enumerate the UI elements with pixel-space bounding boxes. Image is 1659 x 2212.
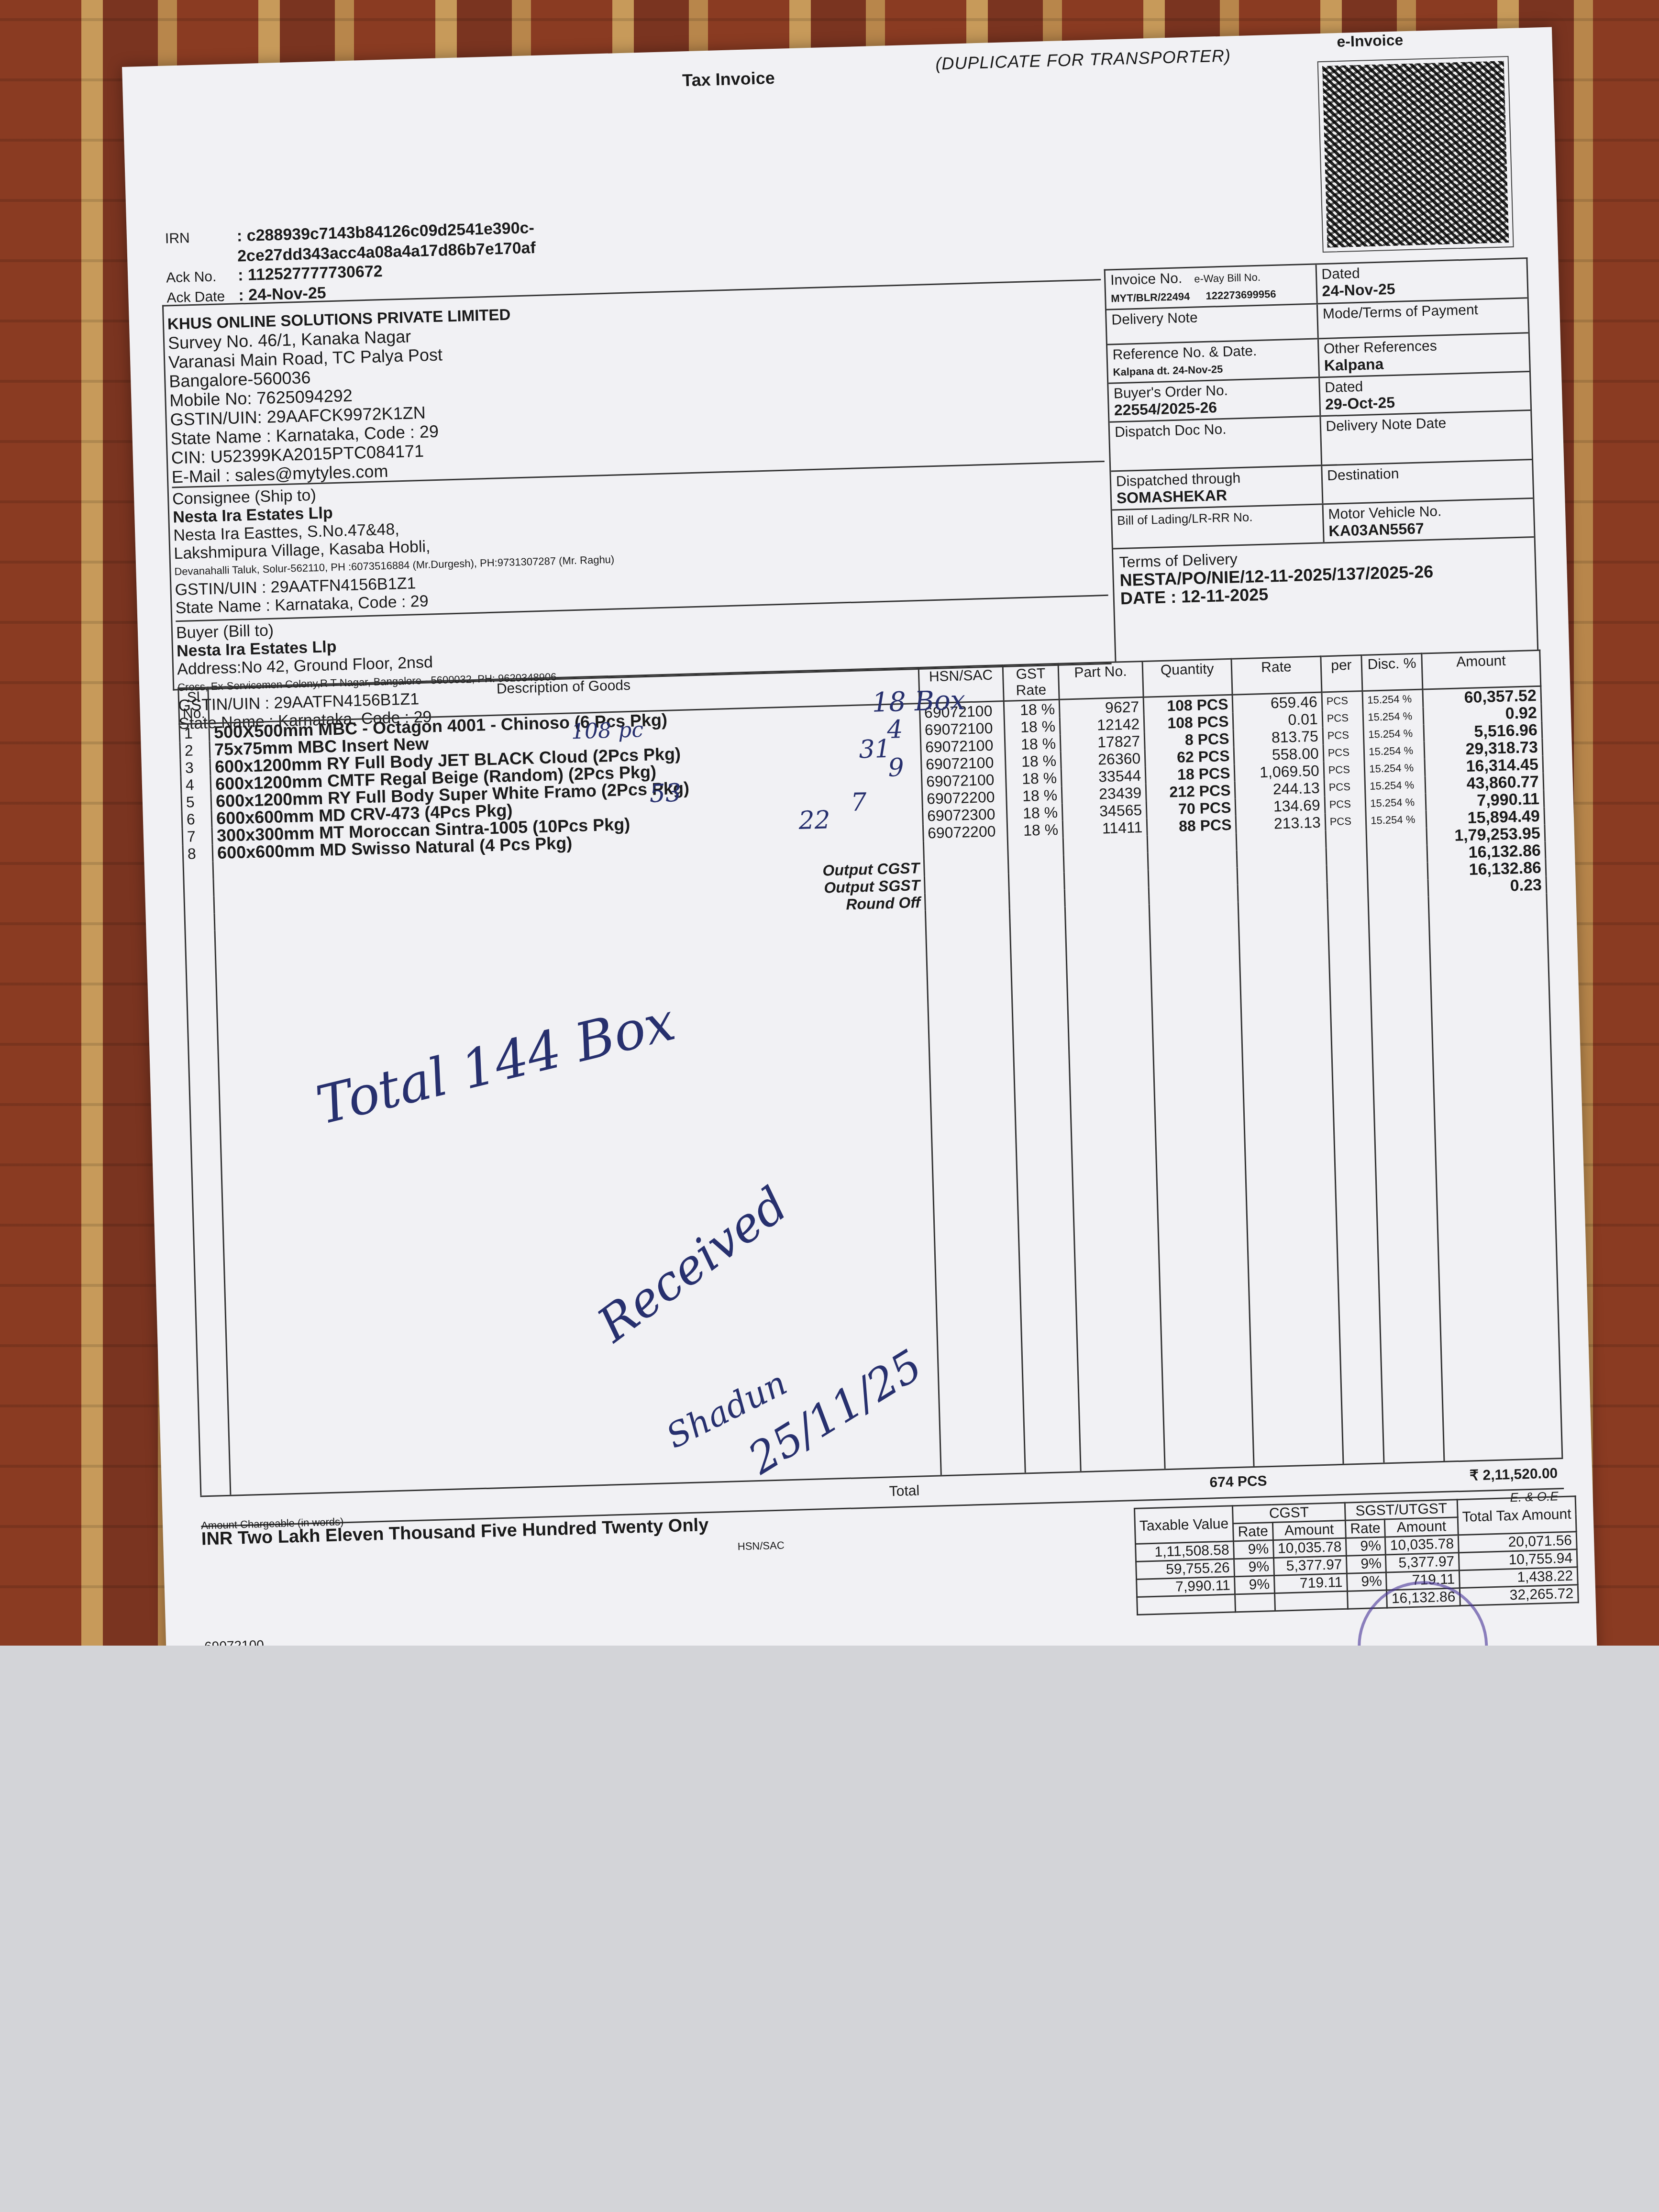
tax-cell-cgst_amt: 10,035.78	[1273, 1538, 1346, 1558]
handwritten-note: 9	[888, 753, 905, 783]
col-sgst-rate: Rate	[1345, 1519, 1385, 1538]
cell-gst: 18 %	[1006, 804, 1062, 822]
col-cgst-rate: Rate	[1233, 1523, 1273, 1541]
tax-cell-sgst_rate: 9%	[1346, 1537, 1385, 1556]
col-sl: Sl No.	[178, 687, 209, 724]
cell-part: 11411	[1062, 818, 1147, 838]
cell-rate: 244.13	[1235, 779, 1324, 798]
consignee-block: Consignee (Ship to) Nesta Ira Estates Ll…	[172, 461, 1108, 617]
cell-disc: 15.254 %	[1365, 794, 1426, 813]
col-per: per	[1321, 655, 1363, 692]
cell-gst: 18 %	[1006, 786, 1062, 805]
cell-qty: 18 PCS	[1145, 764, 1235, 784]
payment-terms-label: Mode/Terms of Payment	[1316, 299, 1528, 338]
tax-cell-sgst_amt: 10,035.78	[1385, 1535, 1459, 1555]
reference-label: Reference No. & Date.	[1112, 343, 1257, 363]
tax-cell-cgst_rate: 9%	[1235, 1575, 1274, 1594]
destination-label: Destination	[1321, 460, 1533, 503]
cell-rate: 813.75	[1233, 727, 1323, 747]
reference-value: Kalpana dt. 24-Nov-25	[1113, 363, 1223, 378]
delivery-note-label: Delivery Note	[1106, 304, 1317, 343]
handwritten-note: 18 Box	[872, 685, 966, 718]
seller-block: KHUS ONLINE SOLUTIONS PRIVATE LIMITED Su…	[167, 288, 1104, 487]
handwritten-note: 7	[851, 788, 867, 817]
col-gst: GST Rate	[1003, 664, 1059, 701]
cell-disc: 15.254 %	[1366, 810, 1427, 829]
cell-qty: 8 PCS	[1144, 730, 1234, 750]
cell-hsn: 69072100	[920, 736, 1005, 756]
motor-vehicle-value: KA03AN5567	[1328, 520, 1424, 540]
dispatched-through-value: SOMASHEKAR	[1116, 487, 1227, 507]
cell-part: 26360	[1061, 750, 1145, 769]
cell-per: PCS	[1325, 795, 1366, 813]
cell-rate: 134.69	[1235, 796, 1325, 816]
cell-hsn: 69072200	[922, 788, 1006, 807]
ack-no-value: : 112527777730672	[238, 262, 383, 284]
cell-rate: 1,069.50	[1234, 762, 1324, 781]
buyer-order-value: 22554/2025-26	[1114, 398, 1217, 419]
invoice-no-label: Invoice No.	[1110, 270, 1183, 288]
handwritten-note: 22	[798, 806, 831, 835]
qr-code-icon	[1318, 57, 1513, 252]
document-title: Tax Invoice	[682, 68, 775, 90]
cell-gst: 18 %	[1005, 752, 1061, 771]
cell-rate: 659.46	[1232, 692, 1322, 713]
tax-cell-cgst_rate: 9%	[1234, 1558, 1274, 1577]
cell-part: 17827	[1060, 732, 1145, 752]
irn-label: IRN	[165, 227, 237, 248]
cell-part: 12142	[1060, 715, 1144, 735]
total-quantity: 674 PCS	[1209, 1473, 1267, 1491]
cell-qty: 88 PCS	[1147, 816, 1236, 836]
tax-cell-sgst_rate: 9%	[1346, 1555, 1386, 1573]
other-ref-value: Kalpana	[1324, 355, 1383, 374]
cell-sl: 3	[180, 758, 210, 776]
col-amount: Amount	[1422, 650, 1541, 689]
cell-sl: 5	[181, 793, 211, 811]
tax-total-cell: 32,265.72	[1460, 1585, 1578, 1606]
invoice-date: 24-Nov-25	[1322, 280, 1395, 299]
cell-hsn: 69072100	[920, 719, 1005, 739]
col-qty: Quantity	[1142, 659, 1232, 697]
summary-value: 0.23	[1428, 876, 1547, 897]
cell-sl: 8	[183, 844, 213, 863]
cell-per: PCS	[1324, 778, 1366, 796]
invoice-details-grid: Invoice No. e-Way Bill No. MYT/BLR/22494…	[1104, 257, 1539, 662]
invoice-no: MYT/BLR/22494	[1111, 290, 1190, 305]
handwritten-note: 108 pc	[571, 718, 643, 744]
cell-qty: 108 PCS	[1143, 695, 1233, 715]
cell-part: 9627	[1059, 697, 1144, 717]
cell-gst: 18 %	[1007, 821, 1063, 840]
cell-per: PCS	[1323, 743, 1365, 762]
order-dated-label: Dated	[1325, 379, 1363, 396]
tax-cell-cgst_rate: 9%	[1234, 1540, 1273, 1559]
empty-area	[0, 1646, 1659, 2212]
cell-gst: 18 %	[1006, 769, 1062, 788]
col-sgst-amount: Amount	[1385, 1517, 1458, 1537]
total-label: Total	[889, 1483, 919, 1500]
cell-disc: 15.254 %	[1365, 776, 1426, 796]
ack-no-label: Ack No.	[166, 266, 238, 288]
e-invoice-label: e-Invoice	[1337, 31, 1404, 51]
cell-qty: 70 PCS	[1146, 799, 1236, 818]
motor-vehicle-label: Motor Vehicle No.	[1328, 503, 1442, 522]
dispatch-doc-label: Dispatch Doc No.	[1110, 417, 1321, 470]
cell-part: 23439	[1062, 784, 1146, 804]
col-total-tax: Total Tax Amount	[1457, 1496, 1576, 1535]
cell-disc: 15.254 %	[1362, 689, 1423, 709]
irn-block: IRN: c288939c7143b84126c09d2541e390c- 2c…	[165, 218, 537, 308]
cell-rate: 558.00	[1234, 744, 1323, 764]
cell-hsn: 69072100	[921, 771, 1006, 790]
other-ref-label: Other References	[1323, 338, 1437, 357]
cell-qty: 212 PCS	[1146, 782, 1235, 801]
cell-disc: 15.254 %	[1363, 708, 1424, 727]
cell-rate: 0.01	[1233, 710, 1322, 730]
cell-rate: 213.13	[1236, 813, 1325, 833]
total-amount: ₹ 2,11,520.00	[1470, 1465, 1558, 1484]
cell-sl: 6	[182, 810, 212, 828]
handwritten-note: 53	[649, 779, 682, 808]
eway-no: 122273699956	[1206, 288, 1276, 302]
cell-per: PCS	[1322, 691, 1363, 710]
cell-gst: 18 %	[1004, 699, 1060, 719]
tax-cell-taxable: 7,990.11	[1137, 1577, 1235, 1597]
cell-hsn: 69072300	[922, 805, 1007, 825]
cell-per: PCS	[1325, 812, 1367, 830]
copy-label: (DUPLICATE FOR TRANSPORTER)	[935, 45, 1231, 74]
cell-sl: 7	[182, 827, 212, 845]
invoice-paper: Tax Invoice (DUPLICATE FOR TRANSPORTER) …	[122, 27, 1597, 1703]
cell-hsn: 69072100	[921, 753, 1006, 773]
col-taxable: Taxable Value	[1134, 1506, 1233, 1544]
cell-sl: 1	[179, 723, 210, 742]
cell-sl: 4	[181, 775, 211, 794]
tax-summary-table: Taxable Value CGST SGST/UTGST Total Tax …	[1134, 1495, 1579, 1615]
order-dated-value: 29-Oct-25	[1325, 394, 1395, 413]
cell-part: 34565	[1062, 801, 1147, 821]
tax-cell-cgst_amt: 719.11	[1274, 1573, 1347, 1593]
cell-sl: 2	[180, 741, 210, 759]
col-rate: Rate	[1231, 656, 1321, 695]
cell-part: 33544	[1061, 767, 1146, 786]
col-cgst-amount: Amount	[1272, 1520, 1346, 1540]
col-disc: Disc. %	[1361, 653, 1423, 691]
tax-cell-taxable: 1,11,508.58	[1136, 1541, 1234, 1562]
cell-gst: 18 %	[1004, 718, 1060, 736]
cell-hsn: 69072200	[923, 822, 1007, 842]
col-part: Part No.	[1058, 661, 1143, 699]
cell-disc: 15.254 %	[1364, 759, 1425, 778]
cell-disc: 15.254 %	[1364, 742, 1425, 761]
cell-qty: 108 PCS	[1144, 713, 1233, 732]
delivery-note-date-label: Delivery Note Date	[1319, 411, 1532, 465]
cell-qty: 62 PCS	[1145, 747, 1234, 767]
tax-hsn-label: HSN/SAC	[738, 1539, 785, 1553]
cell-per: PCS	[1324, 761, 1365, 779]
cell-per: PCS	[1322, 709, 1364, 727]
cell-per: PCS	[1323, 726, 1364, 744]
cell-gst: 18 %	[1005, 735, 1061, 753]
cell-disc: 15.254 %	[1363, 725, 1424, 744]
tax-cell-sgst_rate: 9%	[1347, 1572, 1387, 1591]
handwritten-note: 31	[859, 735, 891, 764]
bill-of-lading-label: Bill of Lading/LR-RR No.	[1112, 505, 1323, 548]
tax-cell-sgst_amt: 5,377.97	[1386, 1553, 1459, 1572]
tax-cell-cgst_amt: 5,377.97	[1273, 1556, 1347, 1575]
dated-label: Dated	[1321, 265, 1360, 282]
eway-label: e-Way Bill No.	[1194, 271, 1261, 285]
tax-cell-taxable: 59,755.26	[1136, 1559, 1235, 1580]
